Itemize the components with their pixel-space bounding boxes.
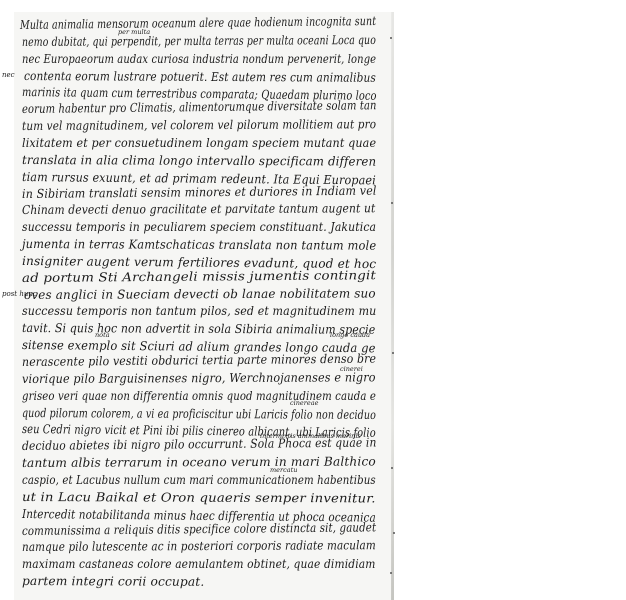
manuscript-line: successu temporis in peculiarem speciem …	[22, 220, 376, 234]
manuscript-line: ad portum Sti Archangeli missis jumentis…	[22, 268, 376, 285]
manuscript-line: eorum habentur pro Climatis, alimentorum…	[22, 98, 377, 116]
interlinear-note: cinereae	[290, 399, 318, 407]
manuscript-line: jumenta in terras Kamtschaticas translat…	[22, 237, 376, 253]
interlinear-note: nota	[95, 331, 110, 339]
manuscript-line: quod pilorum colorem, a vi ea proficisci…	[22, 406, 376, 422]
manuscript-line: oves anglici in Sueciam devecti ob lanae…	[24, 286, 376, 302]
scan-speck	[393, 532, 395, 534]
scan-speck	[391, 202, 393, 204]
page-edge	[391, 12, 394, 600]
manuscript-line: nec Europaeorum audax curiosa industria …	[22, 52, 376, 66]
manuscript-line: namque pilo lutescente ac in posteriori …	[22, 539, 376, 555]
scan-speck	[392, 352, 394, 354]
manuscript-line: nemo dubitat, qui perpendit, per multa t…	[22, 33, 376, 49]
margin-note: post hunc	[2, 290, 37, 298]
manuscript-line: in Sibiriam translati sensim minores et …	[22, 183, 377, 200]
interlinear-note: longo cauda	[330, 331, 370, 339]
manuscript-line: maximam castaneas colore aemulantem obti…	[22, 557, 376, 571]
manuscript-line: communissima a reliquis ditis specifice …	[22, 520, 376, 538]
manuscript-line: tum vel magnitudinem, vel colorem vel pi…	[22, 117, 376, 133]
manuscript-line: caspio, et Lacubus nullum cum mari commu…	[22, 473, 376, 487]
manuscript-line: Chinam devecti denuo gracilitate et parv…	[22, 202, 375, 218]
interlinear-note: cinerei	[340, 365, 363, 373]
manuscript-line: griseo veri quae non differentia omnis q…	[22, 389, 376, 403]
manuscript-line: ut in Lacu Baikal et Oron quaeris semper…	[22, 490, 376, 505]
manuscript-line: contenta eorum lustrare potuerit. Est au…	[24, 69, 376, 85]
scan-speck	[391, 467, 393, 469]
manuscript-page: Multa animalia mensorum oceanum alere qu…	[14, 12, 394, 600]
scan-speck	[390, 37, 392, 39]
manuscript-line: partem integri corii occupat.	[22, 574, 204, 589]
margin-note: nec	[2, 71, 15, 79]
manuscript-line: translata in alia clima longo intervallo…	[22, 153, 376, 169]
interlinear-note: per multa	[118, 28, 150, 36]
manuscript-line: successu temporis non tantum pilos, sed …	[22, 304, 376, 318]
manuscript-line: tantum albis terrarum in oceano verum in…	[22, 455, 376, 471]
scan-speck	[390, 572, 392, 574]
manuscript-line: viorique pilo Barguisinenses nigro, Werc…	[22, 370, 376, 386]
viewport: Multa animalia mensorum oceanum alere qu…	[0, 0, 626, 600]
interlinear-note: mercatu	[270, 466, 297, 474]
manuscript-line: Multa animalia mensorum oceanum alere qu…	[20, 14, 376, 32]
manuscript-line: tavit. Si quis hoc non advertit in sola …	[22, 321, 375, 337]
manuscript-line: nerascente pilo vestiti obdurici tertia …	[22, 352, 376, 369]
manuscript-line: lixitatem et per consuetudinem longam sp…	[22, 136, 376, 150]
interlinear-note: intermixtis animalibus marinis	[260, 432, 361, 440]
